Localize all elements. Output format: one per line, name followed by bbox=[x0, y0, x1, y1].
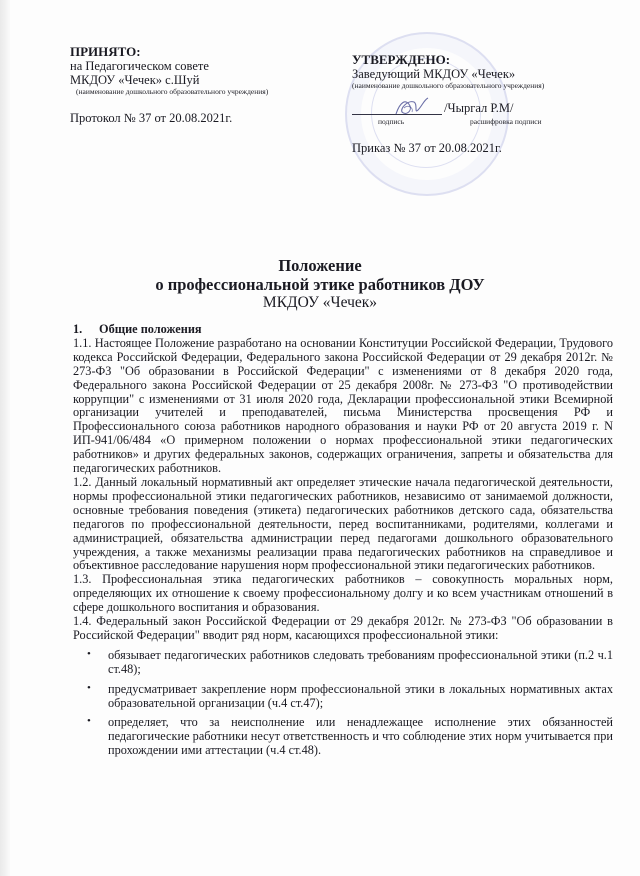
title-line-2: о профессиональной этике работников ДОУ bbox=[0, 275, 640, 294]
signature-name: /Чыргал Р.М/ bbox=[444, 101, 514, 116]
confirmed-line-head: Заведующий МКДОУ «Чечек» bbox=[352, 67, 592, 81]
document-page: ПРИНЯТО: на Педагогическом совете МКДОУ … bbox=[0, 0, 640, 876]
approved-line-institution: МКДОУ «Чечек» с.Шуй bbox=[70, 73, 330, 87]
protocol-line: Протокол № 37 от 20.08.2021г. bbox=[70, 111, 330, 125]
approved-block: ПРИНЯТО: на Педагогическом совете МКДОУ … bbox=[70, 44, 330, 125]
section-heading: 1. Общие положения bbox=[73, 323, 613, 337]
list-item-text: предусматривает закрепление норм професс… bbox=[108, 682, 613, 710]
section-number: 1. bbox=[73, 323, 99, 337]
bullet-icon: • bbox=[87, 682, 91, 696]
list-item-text: определяет, что за неисполнение или нена… bbox=[108, 715, 613, 757]
list-item-text: обязывает педагогических работников след… bbox=[108, 648, 613, 676]
order-line: Приказ № 37 от 20.08.2021г. bbox=[352, 141, 592, 155]
title-line-1: Положение bbox=[0, 256, 640, 275]
scan-edge-shadow bbox=[0, 0, 10, 876]
approved-line-council: на Педагогическом совете bbox=[70, 59, 330, 73]
section-title: Общие положения bbox=[99, 323, 202, 337]
approved-caption: (наименование дошкольного образовательно… bbox=[70, 87, 330, 97]
signature-labels: подпись расшифровка подписи bbox=[352, 117, 592, 129]
confirmed-block: УТВЕРЖДЕНО: Заведующий МКДОУ «Чечек» (на… bbox=[352, 52, 592, 155]
signature-row: /Чыргал Р.М/ bbox=[352, 101, 592, 117]
bullet-icon: • bbox=[87, 715, 91, 729]
paragraph-1-3: 1.3. Профессиональная этика педагогическ… bbox=[73, 573, 613, 615]
approved-heading: ПРИНЯТО: bbox=[70, 44, 330, 59]
confirmed-caption: (наименование дошкольного образовательно… bbox=[352, 81, 592, 91]
list-item: • предусматривает закрепление норм профе… bbox=[73, 683, 613, 711]
norms-list: • обязывает педагогических работников сл… bbox=[73, 649, 613, 758]
list-item: • обязывает педагогических работников сл… bbox=[73, 649, 613, 677]
paragraph-1-2: 1.2. Данный локальный нормативный акт оп… bbox=[73, 476, 613, 573]
paragraph-1-1: 1.1. Настоящее Положение разработано на … bbox=[73, 337, 613, 476]
bullet-icon: • bbox=[87, 648, 91, 662]
confirmed-heading: УТВЕРЖДЕНО: bbox=[352, 52, 592, 67]
title-line-3: МКДОУ «Чечек» bbox=[0, 294, 640, 311]
document-title: Положение о профессиональной этике работ… bbox=[0, 256, 640, 311]
paragraph-1-4: 1.4. Федеральный закон Российской Федера… bbox=[73, 615, 613, 643]
decoding-label: расшифровка подписи bbox=[470, 117, 542, 126]
section-general-provisions: 1. Общие положения 1.1. Настоящее Положе… bbox=[73, 323, 613, 764]
list-item: • определяет, что за неисполнение или не… bbox=[73, 716, 613, 758]
handwritten-signature-icon bbox=[392, 94, 432, 120]
